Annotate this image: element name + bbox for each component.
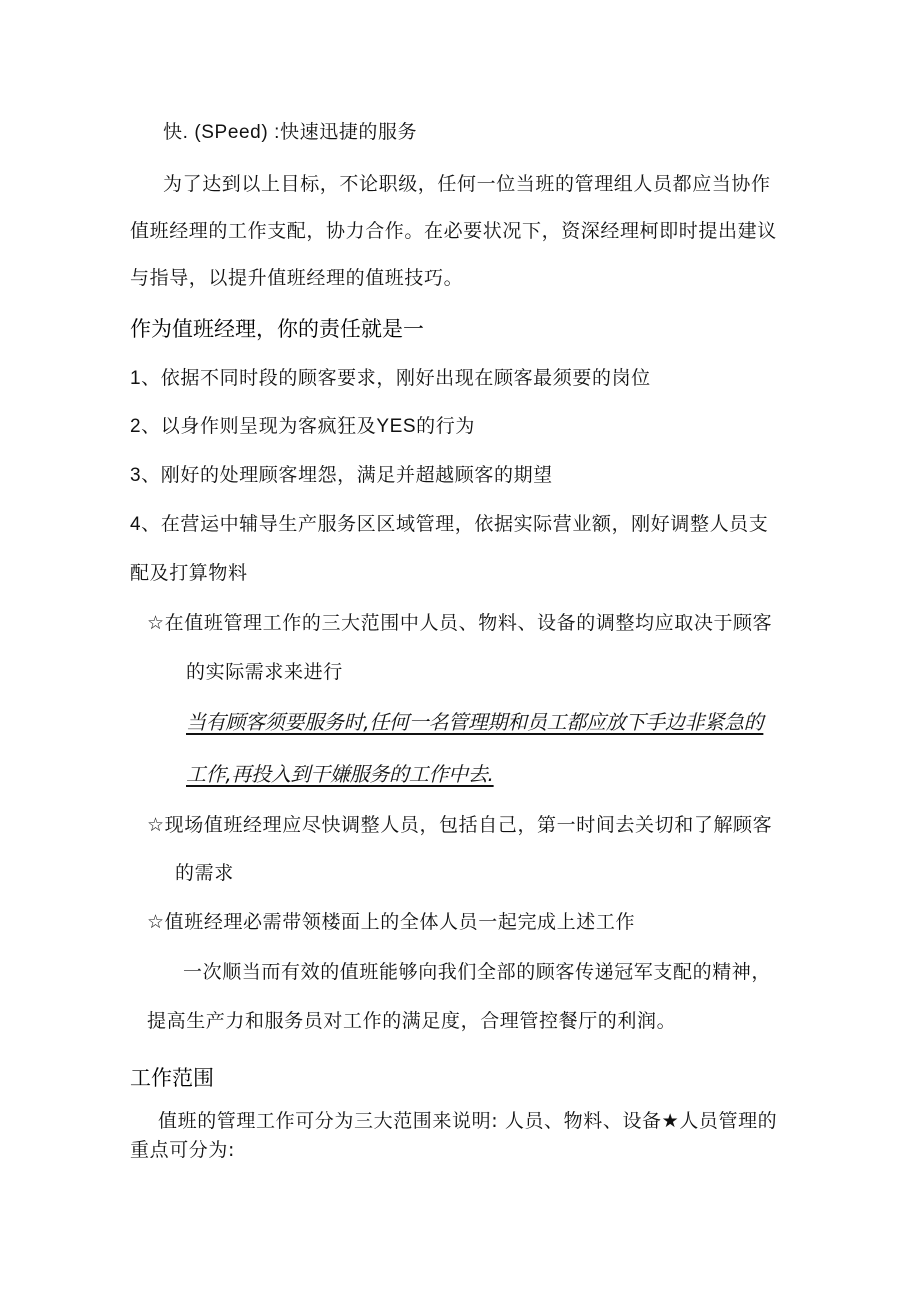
list-item-continuation: 配及打算物料 <box>130 562 248 586</box>
paragraph-line: 与指导，以提升值班经理的值班技巧。 <box>130 266 463 290</box>
star-note-continuation: 的实际需求来进行 <box>186 660 343 684</box>
speed-line: 快. (SPeed) :快速迅捷的服务 <box>163 121 417 145</box>
star-outline-icon: ☆ <box>147 911 165 933</box>
list-item: 2、以身作则呈现为客疯狂及YES的行为 <box>130 415 475 439</box>
note-text: 现场值班经理应尽快调整人员，包括自己，第一时间去关切和了解顾客 <box>165 814 773 836</box>
paragraph-line: 为了达到以上目标，不论职级，任何一位当班的管理组人员都应当协作 <box>163 172 771 196</box>
closing-paragraph-line: 一次顺当而有效的值班能够向我们全部的顾客传递冠军支配的精神， <box>183 960 771 984</box>
closing-paragraph-line: 提高生产力和服务员对工作的满足度，合理管控餐厅的利润。 <box>147 1009 676 1033</box>
star-note: ☆现场值班经理应尽快调整人员，包括自己，第一时间去关切和了解顾客 <box>147 813 772 837</box>
section-heading-responsibilities: 作为值班经理，你的责任就是一 <box>130 317 424 343</box>
section-heading-work-scope: 工作范围 <box>130 1066 214 1092</box>
paragraph-line: 值班经理的工作支配，协力合作。在必要状况下，资深经理柯即时提出建议 <box>130 219 777 243</box>
note-text: 值班经理必需带领楼面上的全体人员一起完成上述工作 <box>165 911 635 933</box>
star-note: ☆值班经理必需带领楼面上的全体人员一起完成上述工作 <box>147 910 635 934</box>
emphasis-line: 工作,再投入到干嫌服务的工作中去. <box>186 762 494 786</box>
star-outline-icon: ☆ <box>147 612 165 634</box>
star-outline-icon: ☆ <box>147 814 165 836</box>
document-page: 快. (SPeed) :快速迅捷的服务 为了达到以上目标，不论职级，任何一位当班… <box>0 0 920 1301</box>
star-note: ☆在值班管理工作的三大范围中人员、物料、设备的调整均应取决于顾客 <box>147 611 772 635</box>
list-item: 4、在营运中辅导生产服务区区域管理，依据实际营业额，刚好调整人员支 <box>130 513 768 537</box>
paragraph-line: 重点可分为: <box>130 1138 235 1162</box>
list-item: 1、依据不同时段的顾客要求，刚好出现在顾客最须要的岗位 <box>130 367 651 391</box>
star-note-continuation: 的需求 <box>175 861 234 885</box>
note-text: 在值班管理工作的三大范围中人员、物料、设备的调整均应取决于顾客 <box>165 612 773 634</box>
list-item: 3、刚好的处理顾客埋怨，满足并超越顾客的期望 <box>130 464 553 488</box>
paragraph-line: 值班的管理工作可分为三大范围来说明: 人员、物料、设备★人员管理的 <box>158 1109 777 1133</box>
emphasis-line: 当有顾客须要服务时,任何一名管理期和员工都应放下手边非紧急的 <box>186 710 763 734</box>
